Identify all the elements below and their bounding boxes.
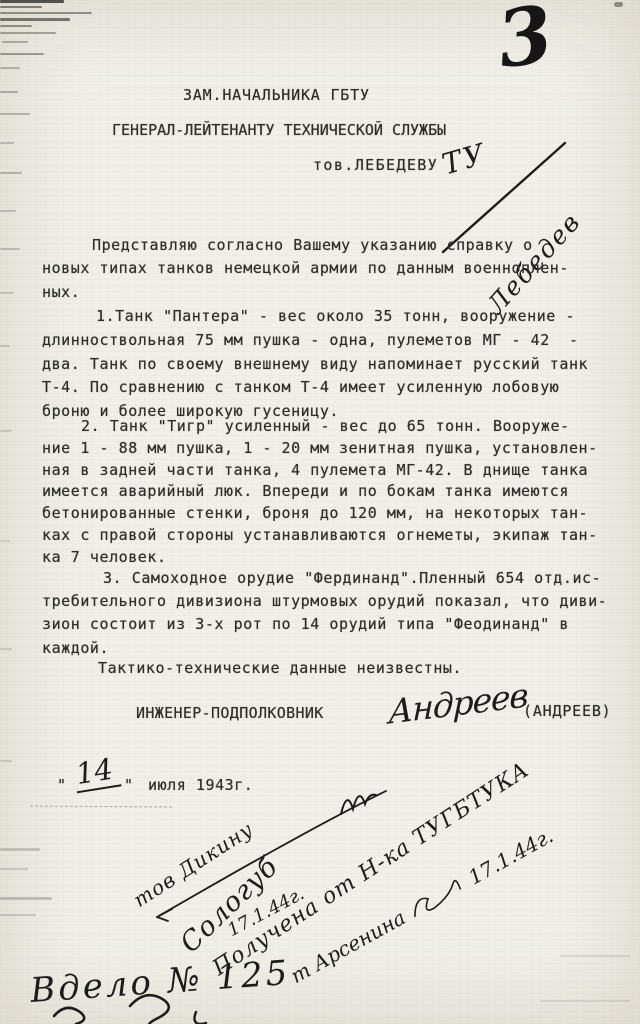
date-open-quote: ": [57, 776, 67, 794]
date-day-handwritten: 14: [71, 751, 121, 794]
typed-line: ние 1 - 88 мм пушка, 1 - 20 мм зенитная …: [42, 438, 598, 460]
signature-name: (АНДРЕЕВ): [523, 702, 611, 720]
paragraph-intro: Представляю согласно Вашему указанию спр…: [42, 234, 569, 304]
forward-arrow-head: [157, 909, 172, 921]
typed-line: 1.Танк "Пантера" - вес около 35 тонн, во…: [42, 305, 588, 329]
scanned-document-page: 3 ЗАМ.НАЧАЛЬНИКА ГБТУ ГЕНЕРАЛ-ЛЕЙТЕНАНТУ…: [0, 0, 640, 1024]
received-note-date: 17.1.44г.: [464, 823, 557, 889]
typed-line: длинноствольная 75 мм пушка - одна, пуле…: [42, 329, 588, 353]
closing-line: Тактико-технические данные неизвестны.: [98, 659, 462, 677]
typed-line: зион состоит из 3-х рот по 14 орудий тип…: [42, 613, 607, 636]
recipient-line-1: ЗАМ.НАЧАЛЬНИКА ГБТУ: [183, 86, 370, 104]
cut-off-stroke: [194, 1012, 206, 1024]
paragraph-tiger: 2. Танк "Тигр" усиленный - вес до 65 тон…: [42, 416, 598, 569]
typed-line: Т-4. По сравнению с танком Т-4 имеет уси…: [42, 376, 588, 400]
ruled-line-artifact: [30, 806, 172, 808]
date-month-year: июля 1943г.: [148, 776, 253, 794]
typed-line: ках с правой стороны устанавливаются огн…: [42, 525, 598, 547]
date-close-quote: ": [124, 776, 134, 794]
typed-line: Представляю согласно Вашему указанию спр…: [42, 234, 569, 257]
signature-rank: ИНЖЕНЕР-ПОДПОЛКОВНИК: [136, 704, 324, 722]
paragraph-ferdinand: 3. Самоходное орудие "Фердинанд".Пленный…: [42, 567, 607, 660]
typed-line: каждой.: [42, 637, 607, 660]
paraph-mark: [341, 795, 376, 814]
typed-line: бетонированные стенки, броня до 120 мм, …: [42, 503, 598, 525]
typed-line: имеется аварийный люк. Впереди и по бока…: [42, 481, 598, 503]
signature-autograph: Андреев: [388, 675, 528, 731]
page-number-handwritten: 3: [492, 0, 558, 86]
recipient-line-2: ГЕНЕРАЛ-ЛЕЙТЕНАНТУ ТЕХНИЧЕСКОЙ СЛУЖБЫ: [112, 121, 446, 139]
cut-off-stroke: [54, 1008, 84, 1024]
signature-flourish-icon: [402, 870, 471, 924]
typed-line: требительного дивизиона штурмовых орудий…: [42, 590, 607, 613]
paragraph-panther: 1.Танк "Пантера" - вес около 35 тонн, во…: [42, 305, 588, 424]
typed-line: новых типах танков немецкой армии по дан…: [42, 257, 569, 280]
typed-line: ка 7 человек.: [42, 547, 598, 569]
recipient-line-3: тов.ЛЕБЕДЕВУ: [313, 156, 438, 174]
file-note: Вдело № 125: [29, 953, 292, 1011]
typed-line: два. Танк по своему внешнему виду напоми…: [42, 353, 588, 377]
typed-line: 3. Самоходное орудие "Фердинанд".Пленный…: [42, 567, 607, 590]
typed-line: ных.: [42, 281, 569, 304]
typed-line: 2. Танк "Тигр" усиленный - вес до 65 тон…: [42, 416, 598, 438]
typed-line: ная в задней части танка, 4 пулемета МГ-…: [42, 460, 598, 482]
tu-resolution-mark: ТУ: [438, 137, 490, 182]
